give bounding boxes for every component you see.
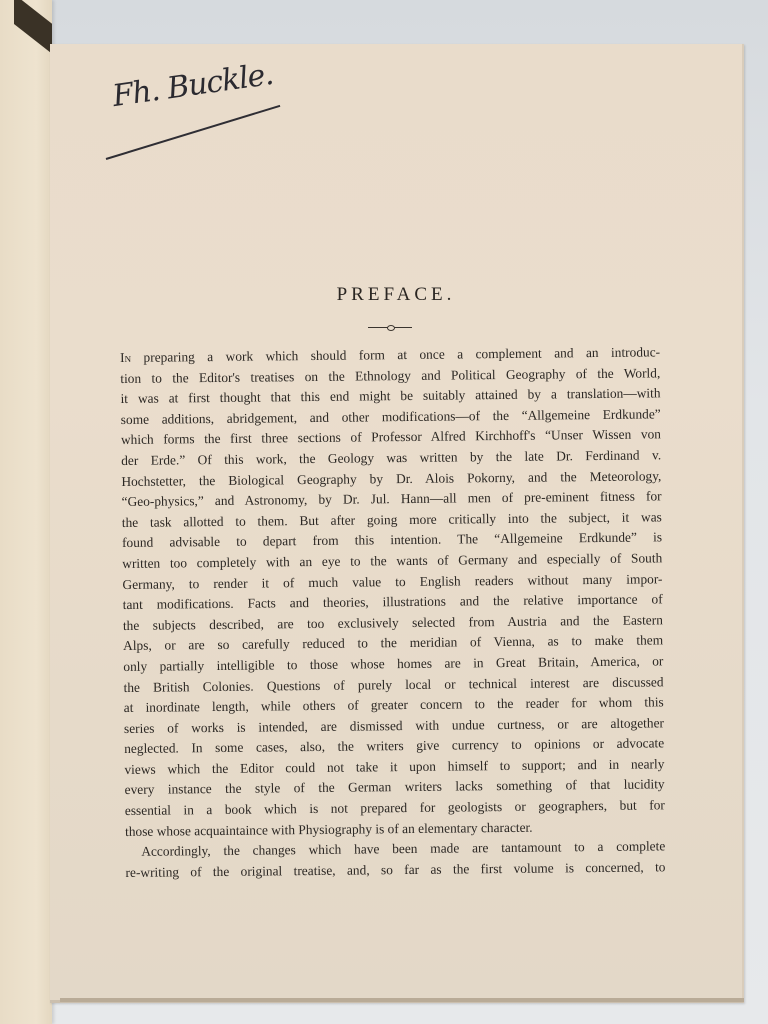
preface-body: In preparing a work which should form at… — [120, 342, 666, 883]
handwritten-signature: Fh. Buckle. — [104, 60, 294, 170]
page-edge — [60, 998, 744, 1002]
signature-text: Fh. Buckle. — [110, 57, 275, 114]
binding-edge — [14, 0, 52, 54]
page-title: PREFACE. — [50, 284, 742, 306]
ornament-divider-icon — [368, 325, 412, 331]
lead-word: In — [120, 350, 131, 365]
book-cover-left — [0, 0, 52, 1024]
signature-underline — [106, 105, 281, 160]
